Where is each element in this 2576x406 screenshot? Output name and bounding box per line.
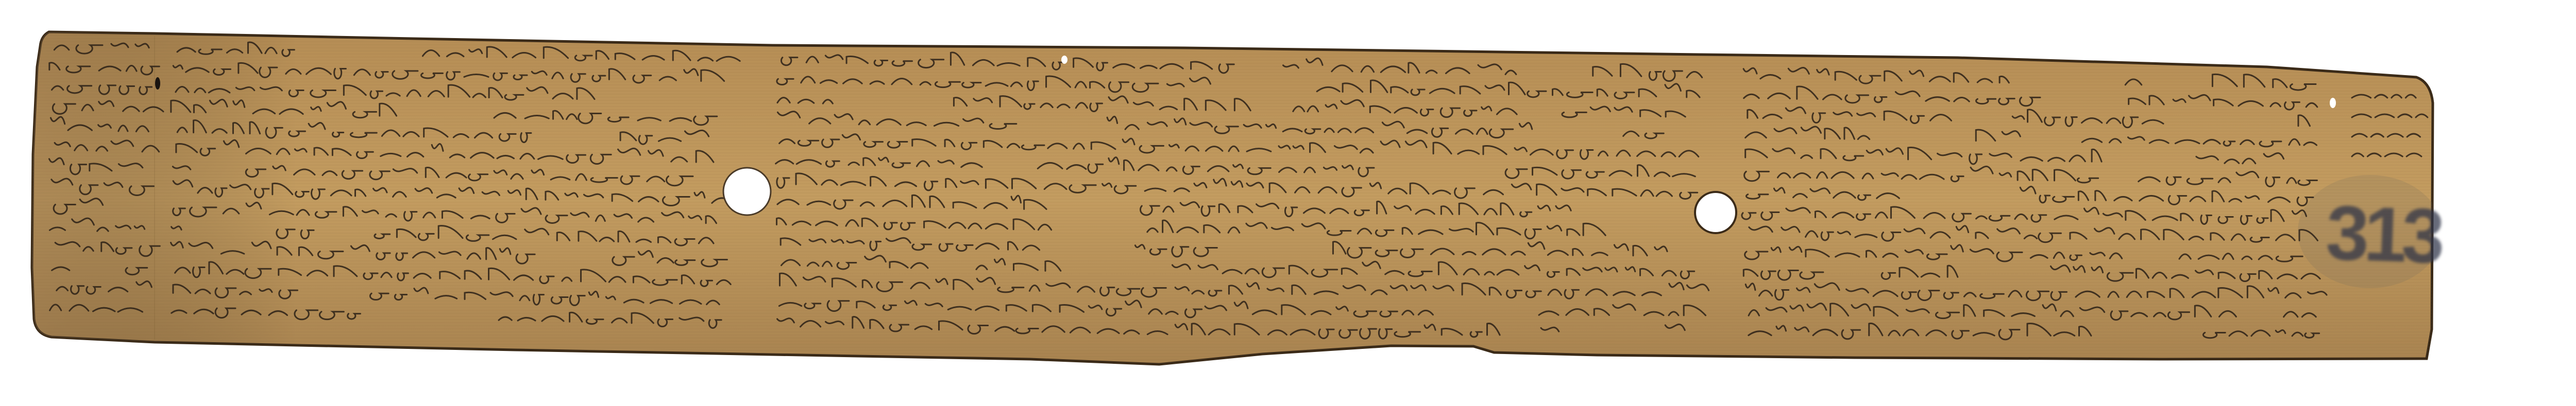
string-hole-left — [723, 168, 771, 215]
ink-dot — [155, 77, 160, 90]
pin-hole — [2330, 98, 2336, 108]
leaf-ink-number: 313 — [2325, 193, 2441, 275]
palm-leaf — [0, 0, 2576, 406]
pin-hole — [1061, 56, 1067, 64]
string-hole-right — [1695, 192, 1736, 233]
